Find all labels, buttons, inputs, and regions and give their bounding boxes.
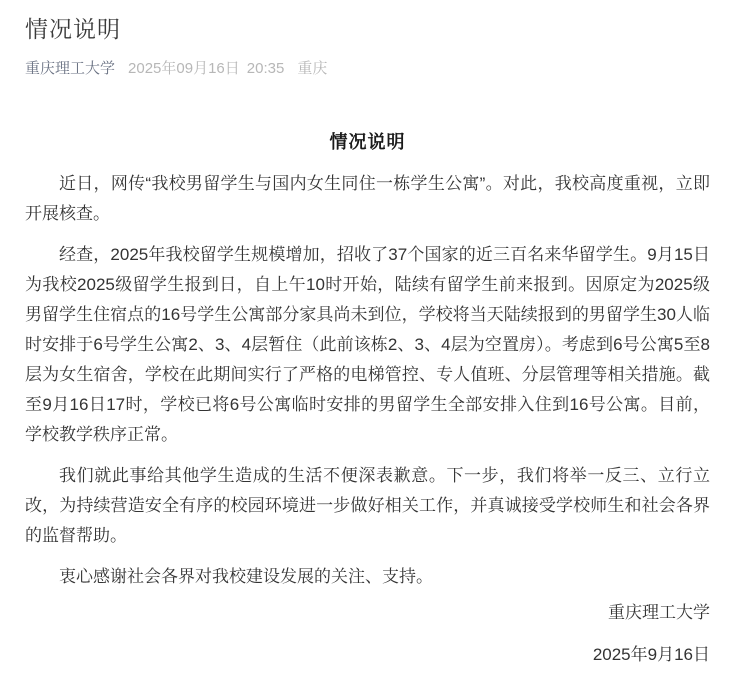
article-paragraph-2: 经查，2025年我校留学生规模增加，招收了37个国家的近三百名来华留学生。9月1… [25,240,710,450]
article-page: 情况说明 重庆理工大学2025年09月16日20:35重庆 情况说明 近日，网传… [0,0,735,691]
publish-time: 20:35 [247,60,285,77]
account-name-link[interactable]: 重庆理工大学 [25,60,115,77]
signature-date: 2025年9月16日 [25,640,710,670]
article-paragraph-4: 衷心感谢社会各界对我校建设发展的关注、支持。 [25,562,710,592]
article-paragraph-3: 我们就此事给其他学生造成的生活不便深表歉意。下一步，我们将举一反三、立行立改，为… [25,461,710,551]
article-heading: 情况说明 [25,127,710,157]
signature-name: 重庆理工大学 [25,598,710,628]
page-title: 情况说明 [25,14,710,44]
article-body: 情况说明 近日，网传“我校男留学生与国内女生同住一栋学生公寓”。对此，我校高度重… [25,127,710,670]
byline: 重庆理工大学2025年09月16日20:35重庆 [25,57,710,81]
publish-location: 重庆 [297,60,327,77]
signature-block: 重庆理工大学 2025年9月16日 [25,598,710,670]
article-paragraph-1: 近日，网传“我校男留学生与国内女生同住一栋学生公寓”。对此，我校高度重视，立即开… [25,169,710,229]
publish-date: 2025年09月16日 [128,60,240,77]
